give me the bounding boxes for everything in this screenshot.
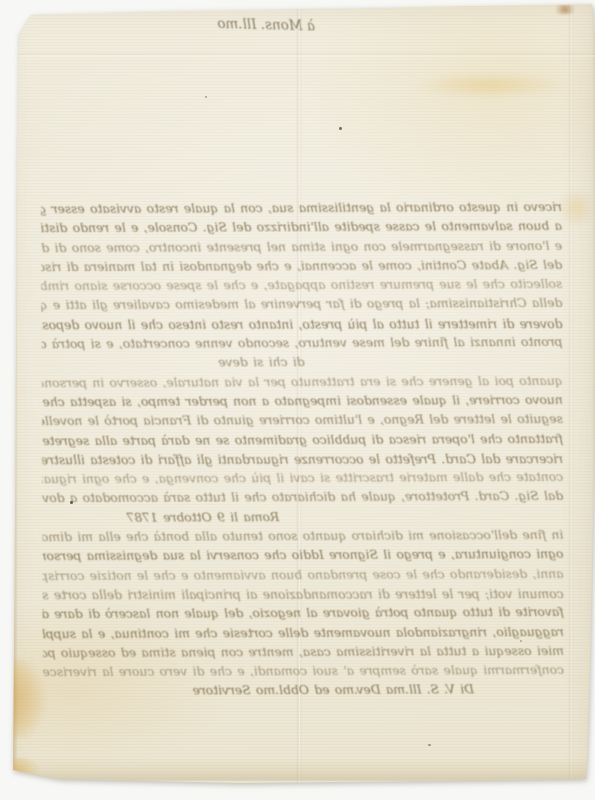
docket-bleedthrough-text: à Mons. Ill.mo (203, 12, 316, 39)
bleedthrough-text-block: ricevo in questo ordinario la gentilissi… (41, 197, 564, 701)
bleedthrough-line: anni, desiderando che le cose prendano b… (43, 564, 564, 586)
bleedthrough-line: pronto innanzi al finire del mese ventur… (41, 332, 562, 354)
ink-speck-2 (205, 96, 207, 98)
bleedthrough-line: ogni congiuntura, e prego il Signore Idd… (42, 544, 563, 566)
letter-page: à Mons. Ill.mo ricevo in questo ordinari… (0, 0, 595, 800)
bleedthrough-line: frattanto che l'opera riesca di pubblico… (42, 428, 563, 450)
ink-speck-1 (339, 127, 342, 130)
bleedthrough-line: nuovo corriere, il quale essendosi impeg… (42, 390, 563, 412)
bleedthrough-line: comuni voti; per le lettere di raccomand… (43, 584, 564, 604)
bleedthrough-line: in fine dell'occasione mi dichiaro quant… (42, 525, 563, 547)
bleedthrough-line: confermarmi quale sarò sempre a' suoi co… (43, 660, 564, 682)
bleedthrough-line: dovere di rimettere il tutto al più pres… (41, 314, 562, 334)
left-edge-discoloration (13, 14, 18, 778)
bleedthrough-line: della Christianissima; la prego di far p… (41, 293, 562, 315)
bleedthrough-line: ricevo in questo ordinario la gentilissi… (41, 197, 562, 219)
bleedthrough-closing-line: Di V. S. Ill.ma Dev.mo ed Obbl.mo Servit… (43, 679, 564, 701)
bleedthrough-line: ragguaglio, ringraziandola nuovamente de… (43, 621, 564, 643)
bleedthrough-line: ricercare dal Card. Prefetto le occorren… (42, 449, 563, 469)
ink-speck-4 (428, 744, 431, 746)
right-fold-crease (568, 0, 574, 800)
bleedthrough-line: favorite di tutto quanto potrà giovare a… (43, 602, 564, 624)
letter-page-wrapper: à Mons. Ill.mo ricevo in questo ordinari… (0, 0, 595, 800)
bleedthrough-line: miei ossequi a tutta la riveritissima ca… (43, 641, 564, 663)
scanner-background: à Mons. Ill.mo ricevo in questo ordinari… (0, 0, 595, 800)
top-fold-crease (0, 52, 595, 58)
bleedthrough-line: a buon salvamento le casse spedite all'i… (41, 216, 562, 238)
bleedthrough-line: quanto poi al genere che si era trattenu… (42, 371, 563, 393)
bleedthrough-line: sollecito che le sue premure restino app… (41, 274, 562, 296)
bleedthrough-line-short: di chi si deve (42, 351, 563, 373)
bleedthrough-line: seguito le lettere del Regno, e l'ultimo… (42, 409, 563, 431)
bleedthrough-line: e l'onore di rassegnarmele con ogni stim… (41, 235, 562, 257)
bleedthrough-line: dal Sig. Card. Protettore, quale ha dich… (42, 486, 563, 508)
stain-top-right (385, 68, 595, 102)
bleedthrough-dateline: Roma li 9 Ottobre 1787 (42, 506, 563, 528)
bleedthrough-line: del Sig. Abate Contini, come le accennai… (41, 255, 562, 277)
bottom-fold-shade (14, 757, 587, 781)
bleedthrough-line: contate che dalle materie trascritte si … (42, 467, 563, 489)
rust-speck-top-right (552, 5, 578, 14)
